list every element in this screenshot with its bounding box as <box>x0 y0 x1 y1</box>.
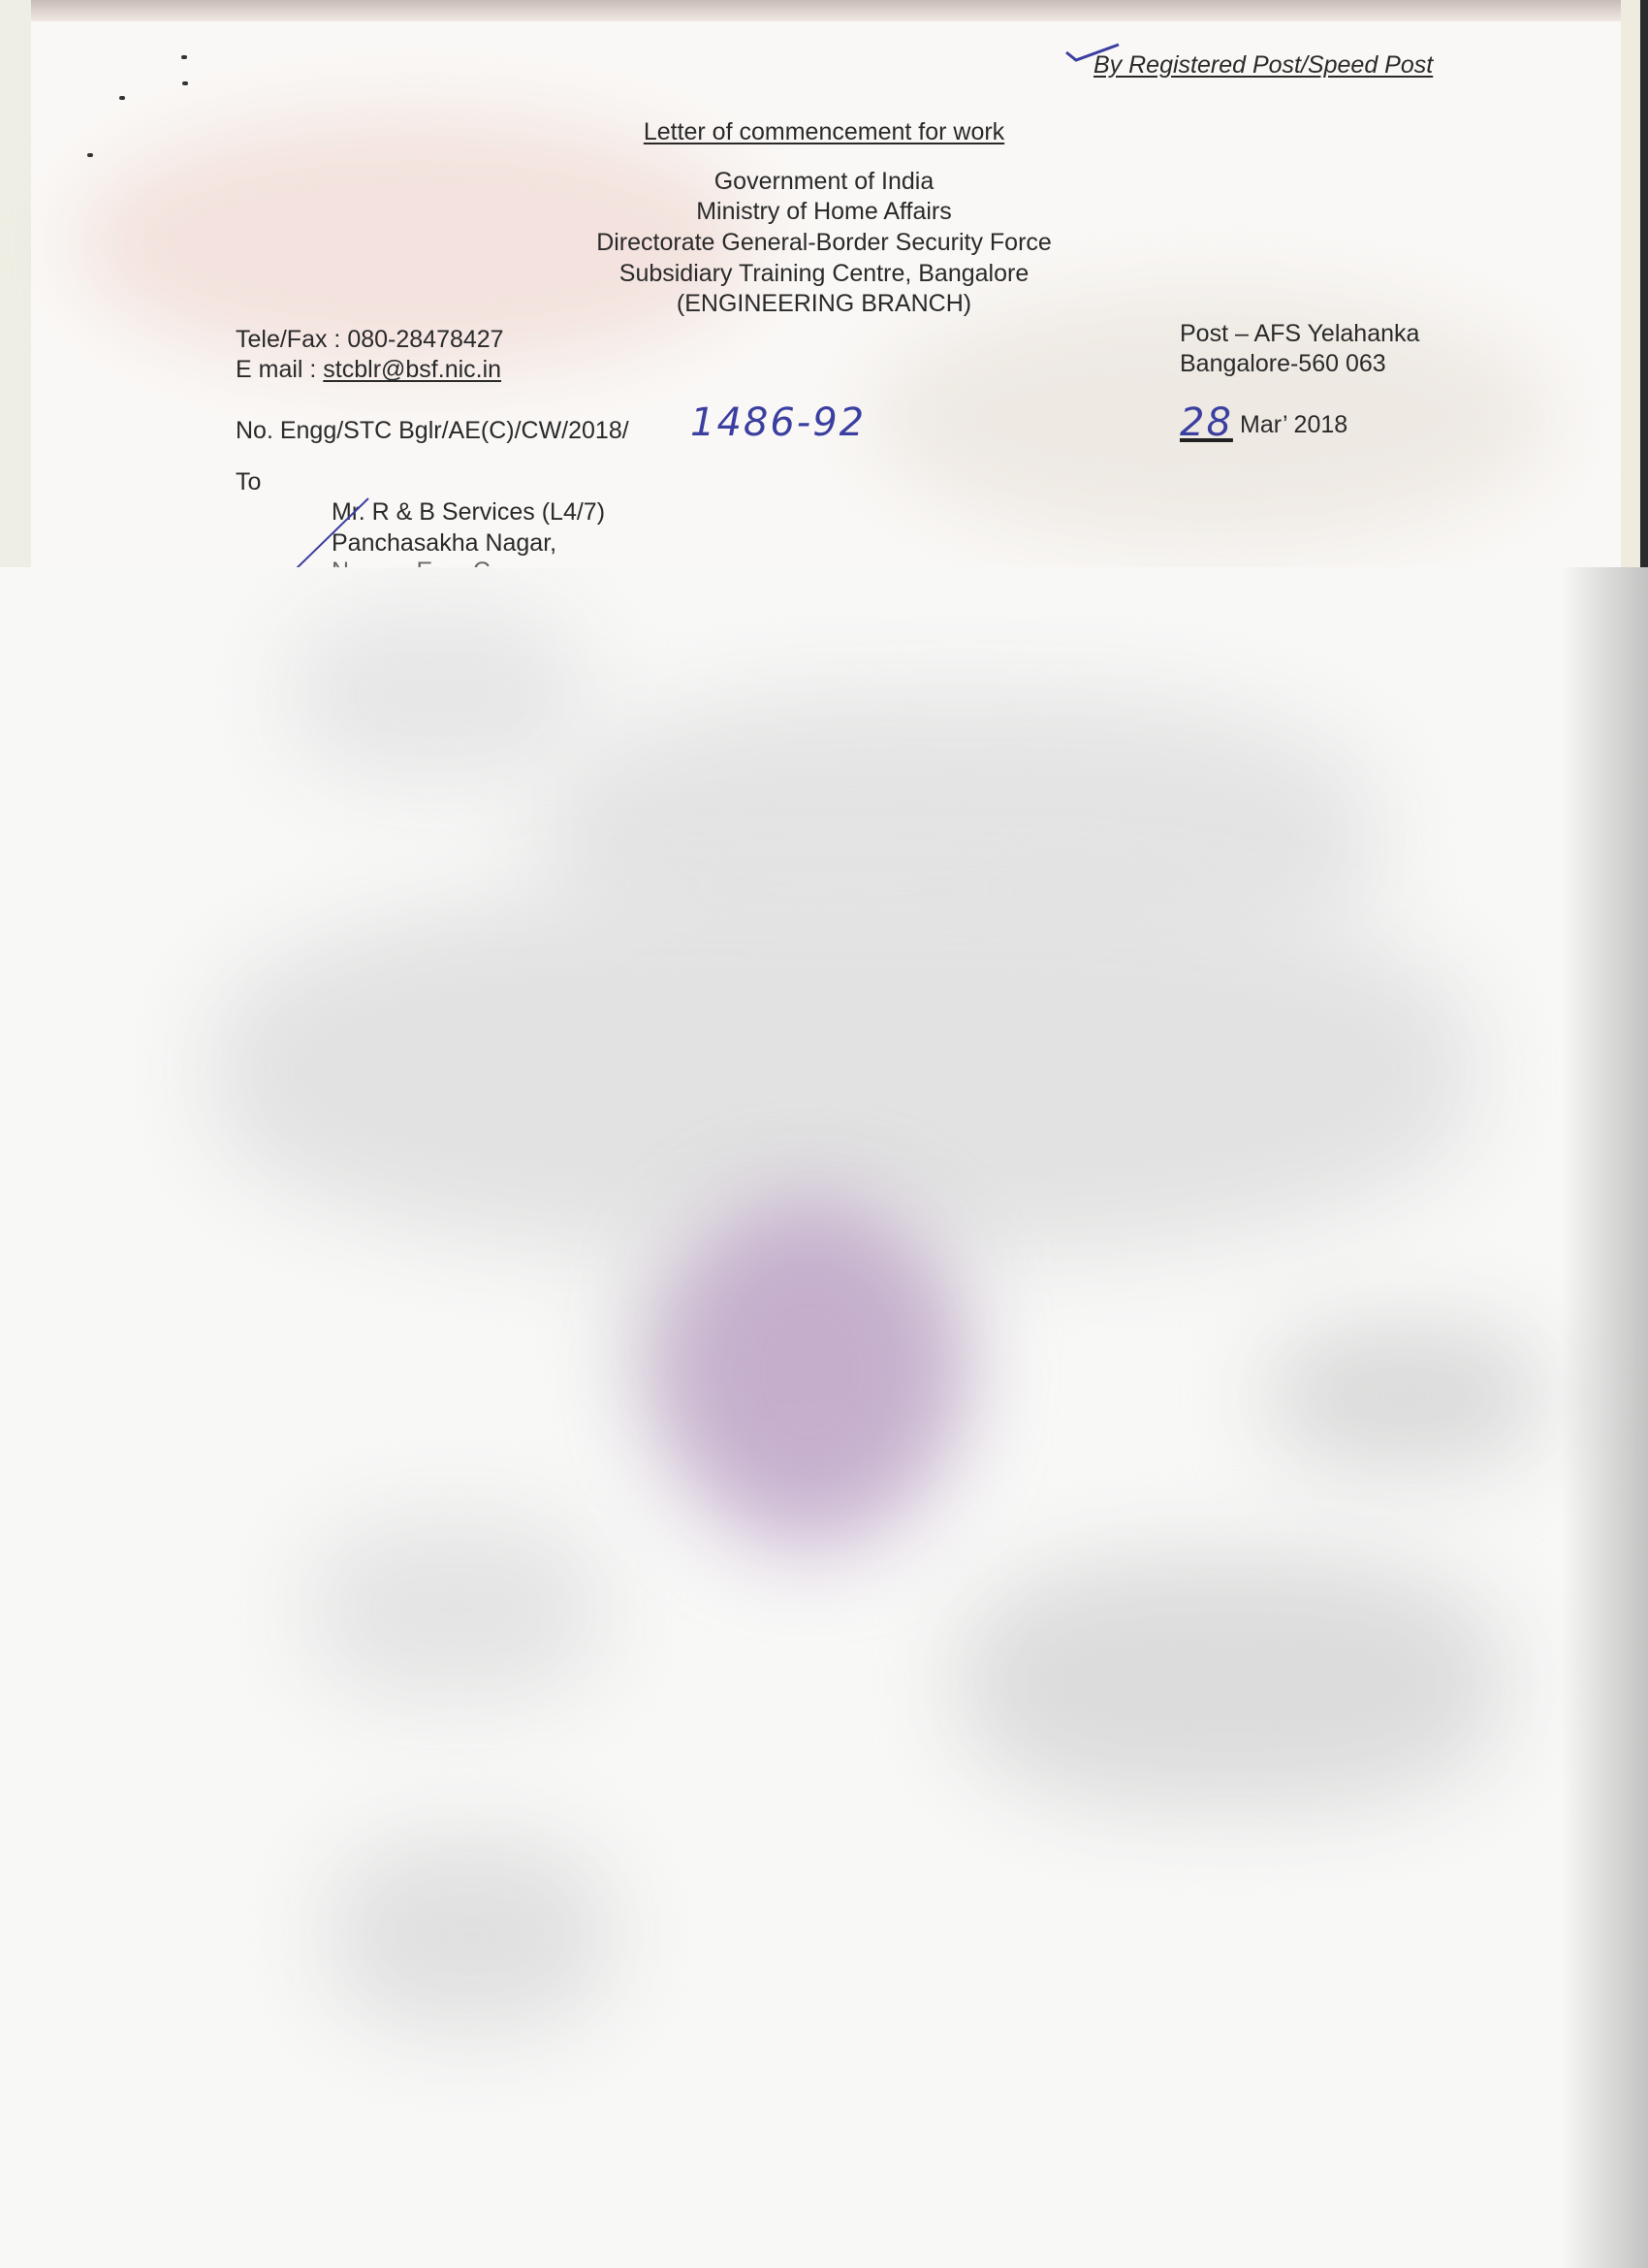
email-line: E mail : stcblr@bsf.nic.in <box>236 355 501 384</box>
reference-number: No. Engg/STC Bglr/AE(C)/CW/2018/ <box>236 416 629 445</box>
handwritten-reference: 1486-92 <box>690 399 866 446</box>
blurred-stamp <box>659 1198 960 1547</box>
email-label: E mail : <box>236 356 323 383</box>
header-line: Ministry of Home Affairs <box>0 197 1648 226</box>
scan-speck <box>87 153 93 157</box>
handwritten-date-day: 28 <box>1180 399 1233 446</box>
blurred-text-block <box>330 1837 611 2031</box>
to-label: To <box>236 467 261 496</box>
recipient-line-partial: N E C <box>332 557 491 567</box>
header-line: Government of India <box>0 167 1648 196</box>
blurred-text-block <box>960 1556 1503 1808</box>
date-printed: Mar’ 2018 <box>1240 410 1347 439</box>
scan-speck <box>181 55 187 59</box>
scan-speck <box>182 81 188 85</box>
header-line: Directorate General-Border Security Forc… <box>0 228 1648 257</box>
scan-edge-top <box>31 0 1631 21</box>
dispatch-mode: By Registered Post/Speed Post <box>1093 50 1433 80</box>
scan-speck <box>119 96 125 100</box>
address-line: Bangalore-560 063 <box>1180 349 1386 378</box>
redacted-blurred-content <box>0 567 1648 2268</box>
header-line: (ENGINEERING BRANCH) <box>0 289 1648 318</box>
email-link[interactable]: stcblr@bsf.nic.in <box>323 356 501 383</box>
address-line: Post – AFS Yelahanka <box>1180 319 1419 348</box>
blurred-text-block <box>213 887 1474 1256</box>
blurred-text-block <box>291 606 582 781</box>
blurred-text-block <box>310 1517 601 1702</box>
tele-fax: Tele/Fax : 080-28478427 <box>236 325 504 354</box>
letter-header-region: By Registered Post/Speed Post Letter of … <box>0 0 1648 567</box>
scan-edge-shadow <box>1561 567 1648 2268</box>
letter-title: Letter of commencement for work <box>0 117 1648 146</box>
blurred-signature <box>1270 1324 1541 1469</box>
header-line: Subsidiary Training Centre, Bangalore <box>0 259 1648 288</box>
